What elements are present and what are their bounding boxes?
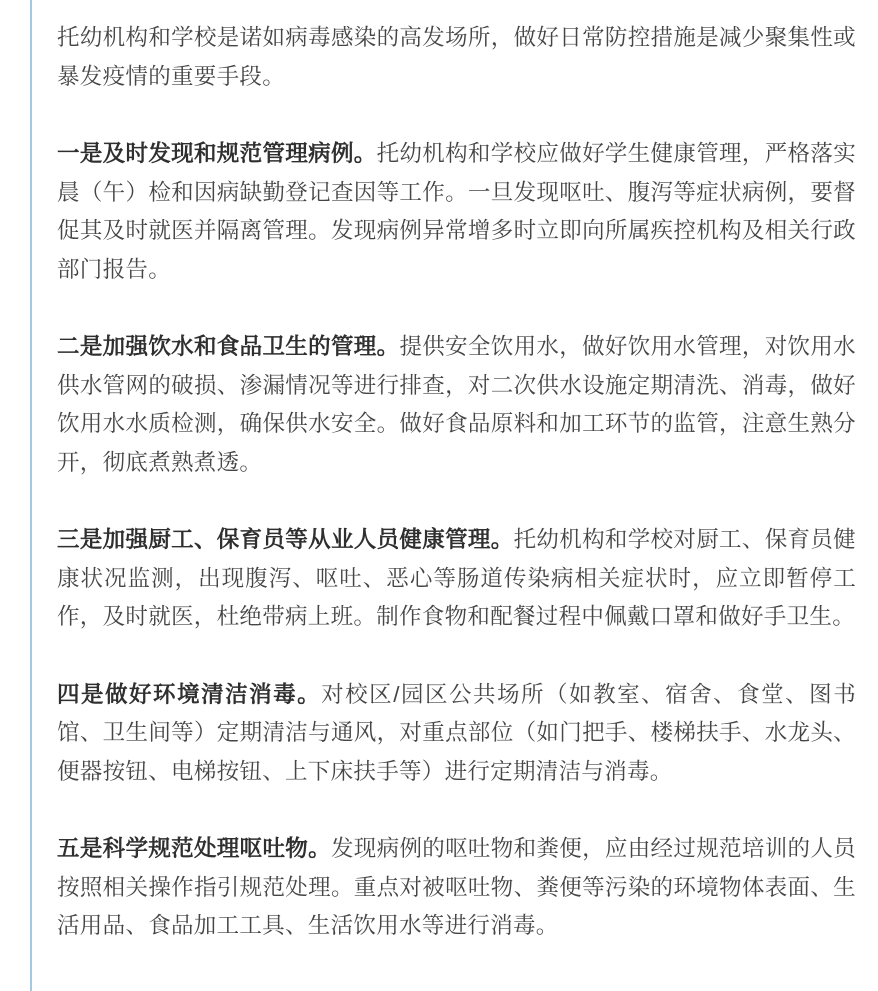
paragraph-lead: 五是科学规范处理呕吐物。 bbox=[57, 836, 331, 861]
paragraph-measure-2: 二是加强饮水和食品卫生的管理。提供安全饮用水，做好饮用水管理，对饮用水供水管网的… bbox=[57, 328, 856, 482]
paragraph-lead: 二是加强饮水和食品卫生的管理。 bbox=[57, 334, 399, 359]
paragraph-measure-1: 一是及时发现和规范管理病例。托幼机构和学校应做好学生健康管理，严格落实晨（午）检… bbox=[57, 135, 856, 289]
paragraph-measure-5: 五是科学规范处理呕吐物。发现病例的呕吐物和粪便，应由经过规范培训的人员按照相关操… bbox=[57, 830, 856, 946]
paragraph-intro: 托幼机构和学校是诺如病毒感染的高发场所，做好日常防控措施是减少聚集性或暴发疫情的… bbox=[57, 19, 856, 96]
paragraph-lead: 四是做好环境清洁消毒。 bbox=[57, 682, 321, 707]
paragraph-measure-3: 三是加强厨工、保育员等从业人员健康管理。托幼机构和学校对厨工、保育员健康状况监测… bbox=[57, 521, 856, 637]
paragraph-measure-4: 四是做好环境清洁消毒。对校区/园区公共场所（如教室、宿舍、食堂、图书馆、卫生间等… bbox=[57, 676, 856, 792]
article-content: 托幼机构和学校是诺如病毒感染的高发场所，做好日常防控措施是减少聚集性或暴发疫情的… bbox=[0, 0, 878, 946]
paragraph-text: 托幼机构和学校是诺如病毒感染的高发场所，做好日常防控措施是减少聚集性或暴发疫情的… bbox=[57, 25, 856, 89]
paragraph-lead: 一是及时发现和规范管理病例。 bbox=[57, 141, 377, 166]
paragraph-lead: 三是加强厨工、保育员等从业人员健康管理。 bbox=[57, 527, 514, 552]
